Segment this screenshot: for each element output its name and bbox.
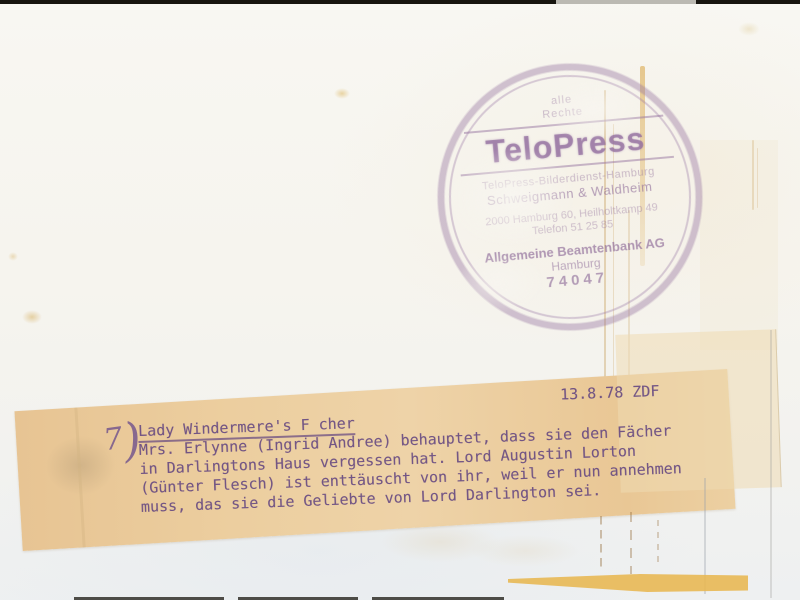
stamp-word-rechte: Rechte [542,106,584,123]
crease-line [770,330,772,598]
stain-spot [22,310,42,324]
photo-top-edge-highlight [556,0,696,4]
crease-line [630,512,632,574]
glue-residue-blob [470,535,580,567]
stain-wedge-bottom [508,574,748,592]
crease-line [657,520,659,564]
crease-line [600,516,602,572]
stain-spot [334,88,350,99]
tape-residue-band [700,140,778,350]
photo-back-scan: alle Rechte TeloPress TeloPress-Bilderdi… [0,0,800,600]
stamp-text-block: alle Rechte TeloPress TeloPress-Bilderdi… [433,60,706,335]
press-agency-stamp: alle Rechte TeloPress TeloPress-Bilderdi… [427,53,713,341]
stain-spot [8,252,18,261]
typewritten-caption: 13.8.78 ZDF Lady Windermere's F cher Mrs… [112,379,736,518]
stain-spot [738,22,760,36]
